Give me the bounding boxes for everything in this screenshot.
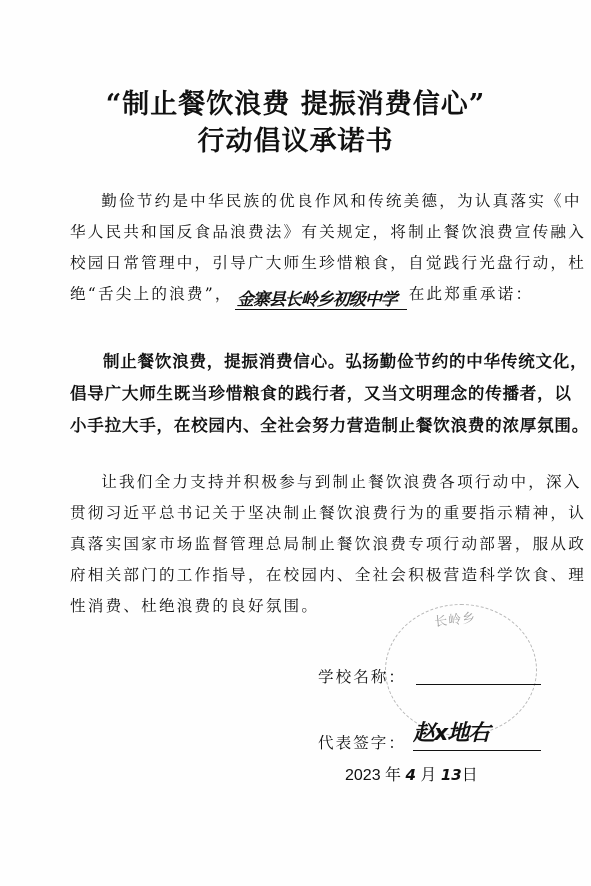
line-suffix: 在此郑重承诺： bbox=[409, 285, 534, 303]
date-year: 2023 bbox=[345, 767, 381, 784]
paragraph-line: 府相关部门的工作指导，在校园内、全社会积极营造科学饮食、理 bbox=[70, 560, 550, 591]
stamp-text: 长岭乡 bbox=[433, 607, 477, 630]
paragraph-line: 华人民共和国反食品浪费法》有关规定，将制止餐饮浪费宣传融入 bbox=[70, 217, 550, 248]
document-title-line1: “制止餐饮浪费 提振消费信心” bbox=[0, 82, 591, 121]
paragraph-line: 倡导广大师生既当珍惜粮食的践行者，又当文明理念的传播者，以 bbox=[70, 378, 550, 410]
date-day-unit: 日 bbox=[462, 767, 478, 784]
paragraph-line: 真落实国家市场监督管理总局制止餐饮浪费专项行动部署，服从政 bbox=[70, 529, 550, 560]
school-name-underline bbox=[416, 684, 541, 685]
signing-date: 2023 年 4 月 13日 bbox=[345, 762, 478, 785]
paragraph-line: 小手拉大手，在校园内、全社会努力营造制止餐饮浪费的浓厚氛围。 bbox=[70, 410, 550, 442]
document-title-line2: 行动倡议承诺书 bbox=[0, 119, 591, 158]
date-month-unit: 月 bbox=[420, 767, 436, 784]
paragraph-line: 勤俭节约是中华民族的优良作风和传统美德，为认真落实《中 bbox=[70, 186, 550, 217]
representative-label: 代表签字： bbox=[318, 731, 406, 753]
paragraph-line-with-school: 绝“舌尖上的浪费”，金寨县长岭乡初级中学在此郑重承诺： bbox=[70, 279, 550, 310]
date-day: 13 bbox=[441, 766, 462, 784]
paragraph-intro: 勤俭节约是中华民族的优良作风和传统美德，为认真落实《中 华人民共和国反食品浪费法… bbox=[70, 186, 550, 310]
representative-signature: 赵x地右 bbox=[413, 716, 489, 747]
handwritten-school-name-field: 金寨县长岭乡初级中学 bbox=[235, 289, 407, 310]
handwritten-school-name: 金寨县长岭乡初级中学 bbox=[237, 285, 397, 316]
date-month: 4 bbox=[406, 766, 416, 784]
signature-underline bbox=[413, 750, 541, 751]
line-prefix: 绝“舌尖上的浪费”， bbox=[70, 285, 233, 303]
school-name-row: 学校名称： bbox=[318, 665, 406, 687]
school-name-label: 学校名称： bbox=[318, 665, 406, 687]
paragraph-line: 制止餐饮浪费，提振消费信心。弘扬勤俭节约的中华传统文化， bbox=[70, 346, 550, 378]
document-page: “制止餐饮浪费 提振消费信心” 行动倡议承诺书 勤俭节约是中华民族的优良作风和传… bbox=[0, 0, 591, 886]
paragraph-line: 让我们全力支持并积极参与到制止餐饮浪费各项行动中，深入 bbox=[70, 467, 550, 498]
date-year-unit: 年 bbox=[385, 767, 401, 784]
paragraph-commitment: 制止餐饮浪费，提振消费信心。弘扬勤俭节约的中华传统文化， 倡导广大师生既当珍惜粮… bbox=[70, 346, 550, 442]
paragraph-line: 校园日常管理中，引导广大师生珍惜粮食，自觉践行光盘行动，杜 bbox=[70, 248, 550, 279]
representative-row: 代表签字： bbox=[318, 731, 406, 753]
paragraph-line: 贯彻习近平总书记关于坚决制止餐饮浪费行为的重要指示精神，认 bbox=[70, 498, 550, 529]
paragraph-call-to-action: 让我们全力支持并积极参与到制止餐饮浪费各项行动中，深入 贯彻习近平总书记关于坚决… bbox=[70, 467, 550, 622]
